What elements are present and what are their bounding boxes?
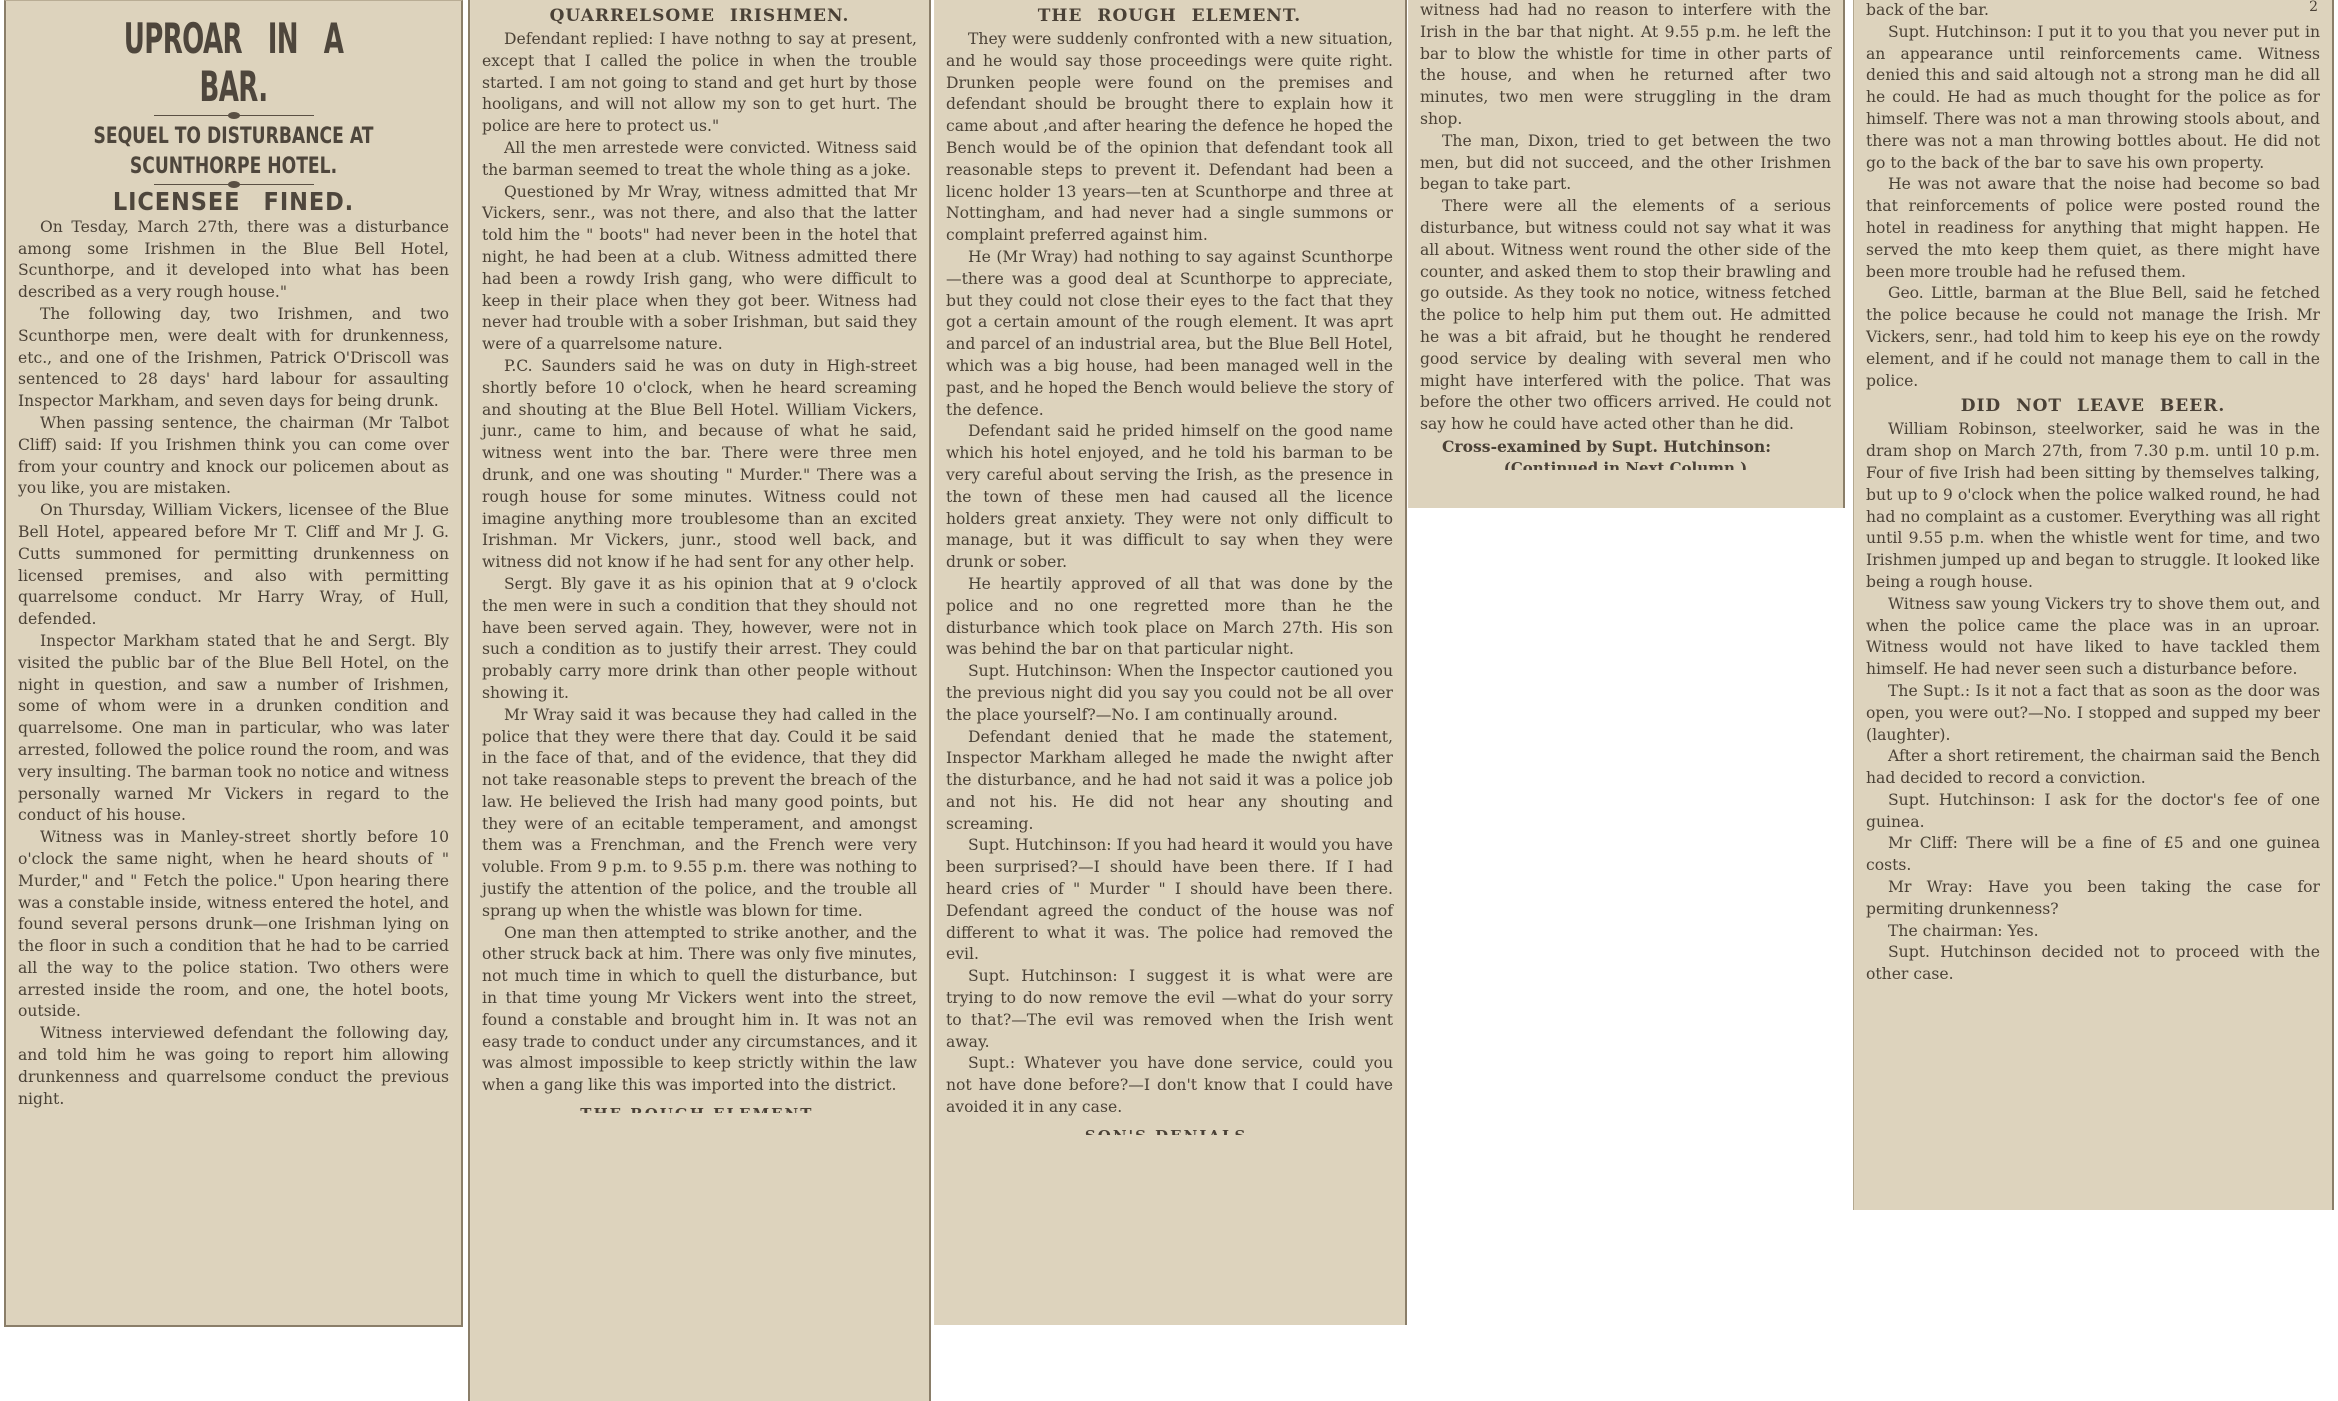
paragraph: The Supt.: Is it not a fact that as soon… bbox=[1866, 681, 2320, 746]
ornamental-divider bbox=[154, 115, 314, 116]
paragraph: Geo. Little, barman at the Blue Bell, sa… bbox=[1866, 283, 2320, 392]
paragraph: Witness was in Manley-street shortly bef… bbox=[18, 827, 449, 1023]
paragraph: Supt. Hutchinson: I put it to you that y… bbox=[1866, 22, 2320, 175]
paragraph: William Robinson, steelworker, said he w… bbox=[1866, 419, 2320, 593]
continued-note: (Continued in Next Column.) bbox=[1420, 458, 1831, 470]
paragraph-continued: witness had had no reason to interfere w… bbox=[1420, 0, 1831, 131]
paragraph: When passing sentence, the chairman (Mr … bbox=[18, 413, 449, 500]
paragraph: There were all the elements of a serious… bbox=[1420, 196, 1831, 436]
paragraph: Defendant said he prided himself on the … bbox=[946, 421, 1393, 574]
paragraph: Mr Wray said it was because they had cal… bbox=[482, 705, 917, 923]
paragraph: All the men arrestede were convicted. Wi… bbox=[482, 138, 917, 182]
paragraph: Sergt. Bly gave it as his opinion that a… bbox=[482, 574, 917, 705]
paragraph: P.C. Saunders said he was on duty in Hig… bbox=[482, 356, 917, 574]
paragraph: Mr Cliff: There will be a fine of £5 and… bbox=[1866, 833, 2320, 877]
paragraph: One man then attempted to strike another… bbox=[482, 923, 917, 1097]
paragraph: Questioned by Mr Wray, witness admitted … bbox=[482, 182, 917, 356]
paragraph: The following day, two Irishmen, and two… bbox=[18, 304, 449, 413]
paragraph: They were suddenly confronted with a new… bbox=[946, 29, 1393, 247]
paragraph: Witness saw young Vickers try to shove t… bbox=[1866, 594, 2320, 681]
paragraph: Defendant denied that he made the statem… bbox=[946, 727, 1393, 836]
paragraph: Witness interviewed defendant the follow… bbox=[18, 1023, 449, 1110]
column-2: QUARRELSOME IRISHMEN. Defendant replied:… bbox=[468, 0, 931, 1401]
paragraph: Supt. Hutchinson: I ask for the doctor's… bbox=[1866, 790, 2320, 834]
paragraph: Supt. Hutchinson: I suggest it is what w… bbox=[946, 966, 1393, 1053]
column-4: witness had had no reason to interfere w… bbox=[1408, 0, 1845, 508]
paragraph: He heartily approved of all that was don… bbox=[946, 574, 1393, 661]
paragraph: On Thursday, William Vickers, licensee o… bbox=[18, 500, 449, 631]
column-1: UPROAR IN A BAR. SEQUEL TO DISTURBANCE A… bbox=[4, 0, 463, 1327]
page-marker: 2 bbox=[2309, 0, 2318, 19]
paragraph: Supt. Hutchinson: If you had heard it wo… bbox=[946, 835, 1393, 966]
paragraph: Mr Wray: Have you been taking the case f… bbox=[1866, 877, 2320, 921]
ornamental-divider bbox=[154, 184, 314, 185]
clipped-heading: THE ROUGH ELEMENT. bbox=[482, 1103, 917, 1113]
paragraph: Supt. Hutchinson decided not to proceed … bbox=[1866, 942, 2320, 986]
paragraph: He was not aware that the noise had beco… bbox=[1866, 174, 2320, 283]
paragraph: On Tesday, March 27th, there was a distu… bbox=[18, 217, 449, 304]
paragraph: After a short retirement, the chairman s… bbox=[1866, 746, 2320, 790]
paragraph: Supt. Hutchinson: When the Inspector cau… bbox=[946, 661, 1393, 726]
paragraph: The man, Dixon, tried to get between the… bbox=[1420, 131, 1831, 196]
cross-examination-line: Cross-examined by Supt. Hutchinson: bbox=[1420, 436, 1831, 458]
deck-heading: LICENSEE FINED. bbox=[40, 191, 428, 213]
section-heading: QUARRELSOME IRISHMEN. bbox=[482, 4, 917, 28]
paragraph: The chairman: Yes. bbox=[1866, 921, 2320, 943]
paragraph: Defendant replied: I have nothng to say … bbox=[482, 29, 917, 138]
headline: UPROAR IN A BAR. bbox=[100, 15, 367, 111]
section-heading: THE ROUGH ELEMENT. bbox=[946, 4, 1393, 28]
section-heading: DID NOT LEAVE BEER. bbox=[1866, 394, 2320, 418]
paragraph: Supt.: Whatever you have done service, c… bbox=[946, 1053, 1393, 1118]
paragraph: He (Mr Wray) had nothing to say against … bbox=[946, 247, 1393, 421]
paragraph-continued: back of the bar. bbox=[1866, 0, 2320, 22]
column-3: THE ROUGH ELEMENT. They were suddenly co… bbox=[934, 0, 1407, 1325]
paragraph: Inspector Markham stated that he and Ser… bbox=[18, 631, 449, 827]
column-5: 2 back of the bar. Supt. Hutchinson: I p… bbox=[1853, 0, 2334, 1210]
clipped-heading: SON'S DENIALS. bbox=[946, 1125, 1393, 1135]
subheadline: SEQUEL TO DISTURBANCE AT SCUNTHORPE HOTE… bbox=[26, 122, 440, 182]
